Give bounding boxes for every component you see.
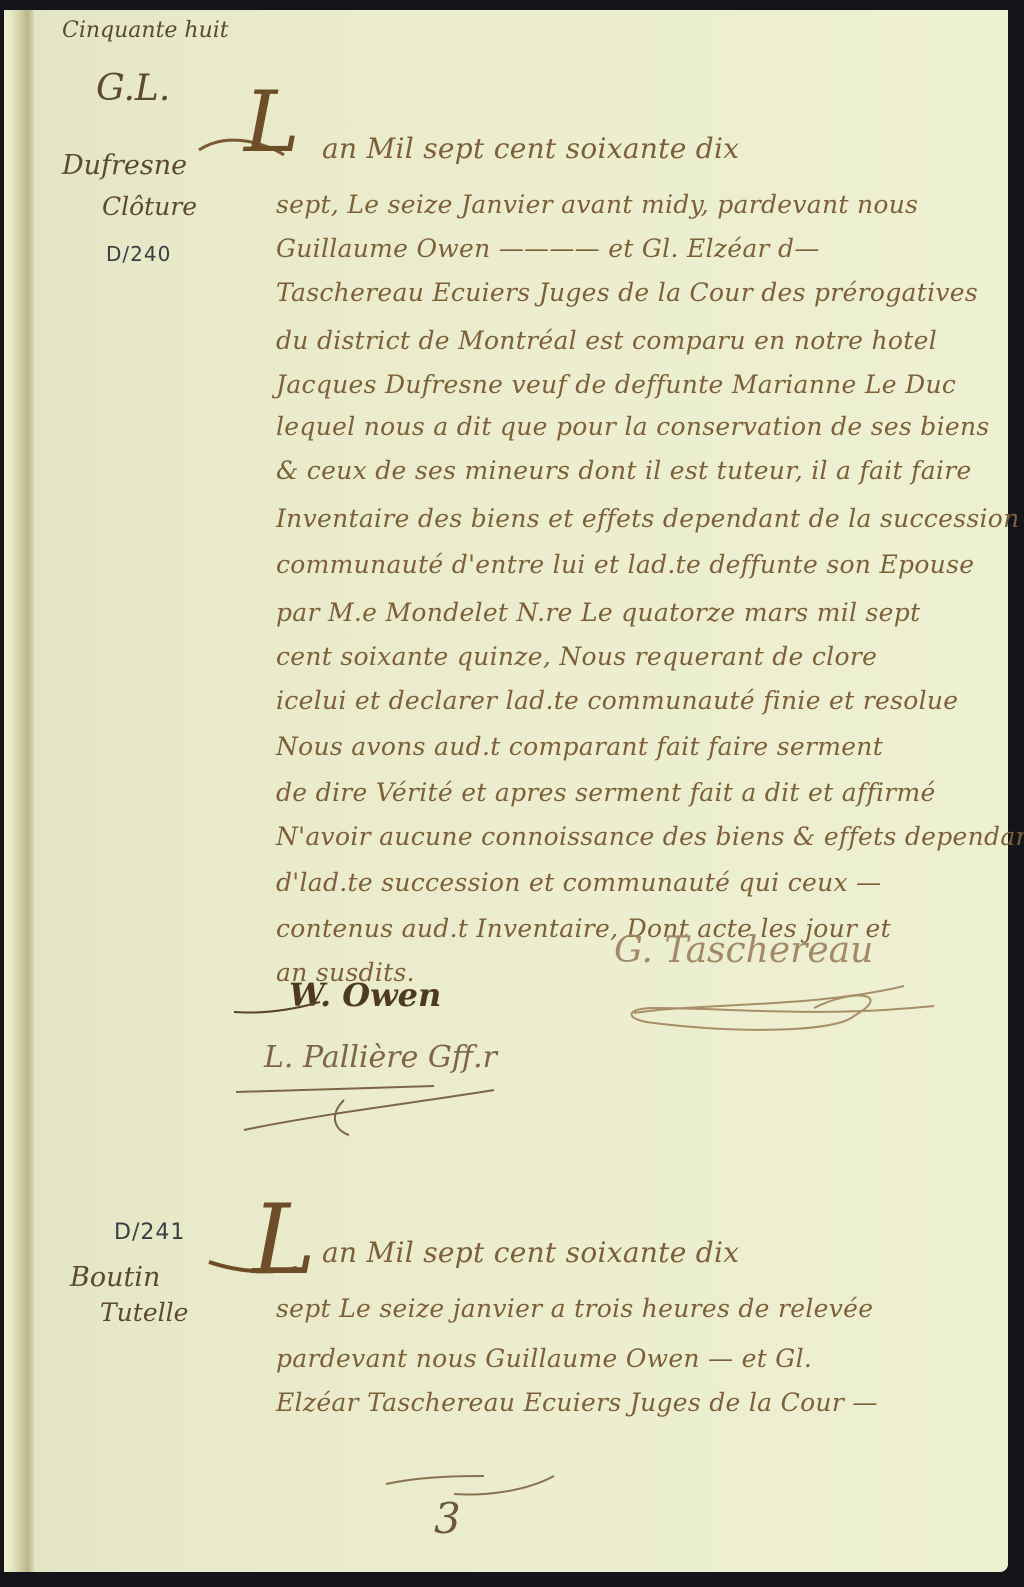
text-line: icelui et declarer lad.te communauté fin… [276,686,996,715]
signature-clerk-flourish [234,1070,504,1140]
catchword-flourish [384,1468,564,1508]
text-line: & ceux de ses mineurs dont il est tuteur… [276,456,996,485]
text-line: Inventaire des biens et effets dependant… [276,504,996,533]
margin-reference-code: D/241 [114,1220,185,1245]
text-line: an Mil sept cent soixante dix [322,132,1024,165]
signature-owen-flourish [232,1000,322,1020]
margin-initials: G.L. [96,68,170,109]
text-line: pardevant nous Guillaume Owen — et Gl. [276,1344,996,1373]
text-line: du district de Montréal est comparu en n… [276,326,996,355]
signature-taschereau: G. Taschereau [614,930,873,971]
catchword-mark: 3 [434,1494,461,1543]
text-line: N'avoir aucune connoissance des biens & … [276,822,996,851]
text-line: lequel nous a dit que pour la conservati… [276,412,996,441]
drop-cap-letter: L [252,1192,316,1288]
text-line: d'lad.te succession et communauté qui ce… [276,868,996,897]
text-line: sept, Le seize Janvier avant midy, parde… [276,190,996,219]
text-line: Taschereau Ecuiers Juges de la Cour des … [276,278,996,307]
text-line: par M.e Mondelet N.re Le quatorze mars m… [276,598,996,627]
margin-party-name: Dufresne [62,150,187,181]
drop-cap-letter: L [244,80,300,164]
text-line: an Mil sept cent soixante dix [322,1236,1024,1269]
text-line: Nous avons aud.t comparant fait faire se… [276,732,996,761]
text-line: communauté d'entre lui et lad.te deffunt… [276,550,996,579]
text-line: Elzéar Taschereau Ecuiers Juges de la Co… [276,1388,996,1417]
signature-taschereau-flourish [614,978,954,1058]
text-line: sept Le seize janvier a trois heures de … [276,1294,996,1323]
page-binding-gutter [4,10,34,1572]
text-line: cent soixante quinze, Nous requerant de … [276,642,996,671]
margin-act-type: Clôture [102,192,197,221]
margin-entry-number: Cinquante huit [62,18,229,43]
margin-party-name: Boutin [70,1262,160,1293]
text-line: de dire Vérité et apres serment fait a d… [276,778,996,807]
manuscript-page: Cinquante huit G.L. Dufresne Clôture D/2… [4,10,1008,1572]
margin-act-type: Tutelle [100,1298,188,1327]
text-line: Jacques Dufresne veuf de deffunte Marian… [276,370,996,399]
margin-reference-code: D/240 [106,242,171,266]
text-line: Guillaume Owen ———— et Gl. Elzéar d— [276,234,996,263]
